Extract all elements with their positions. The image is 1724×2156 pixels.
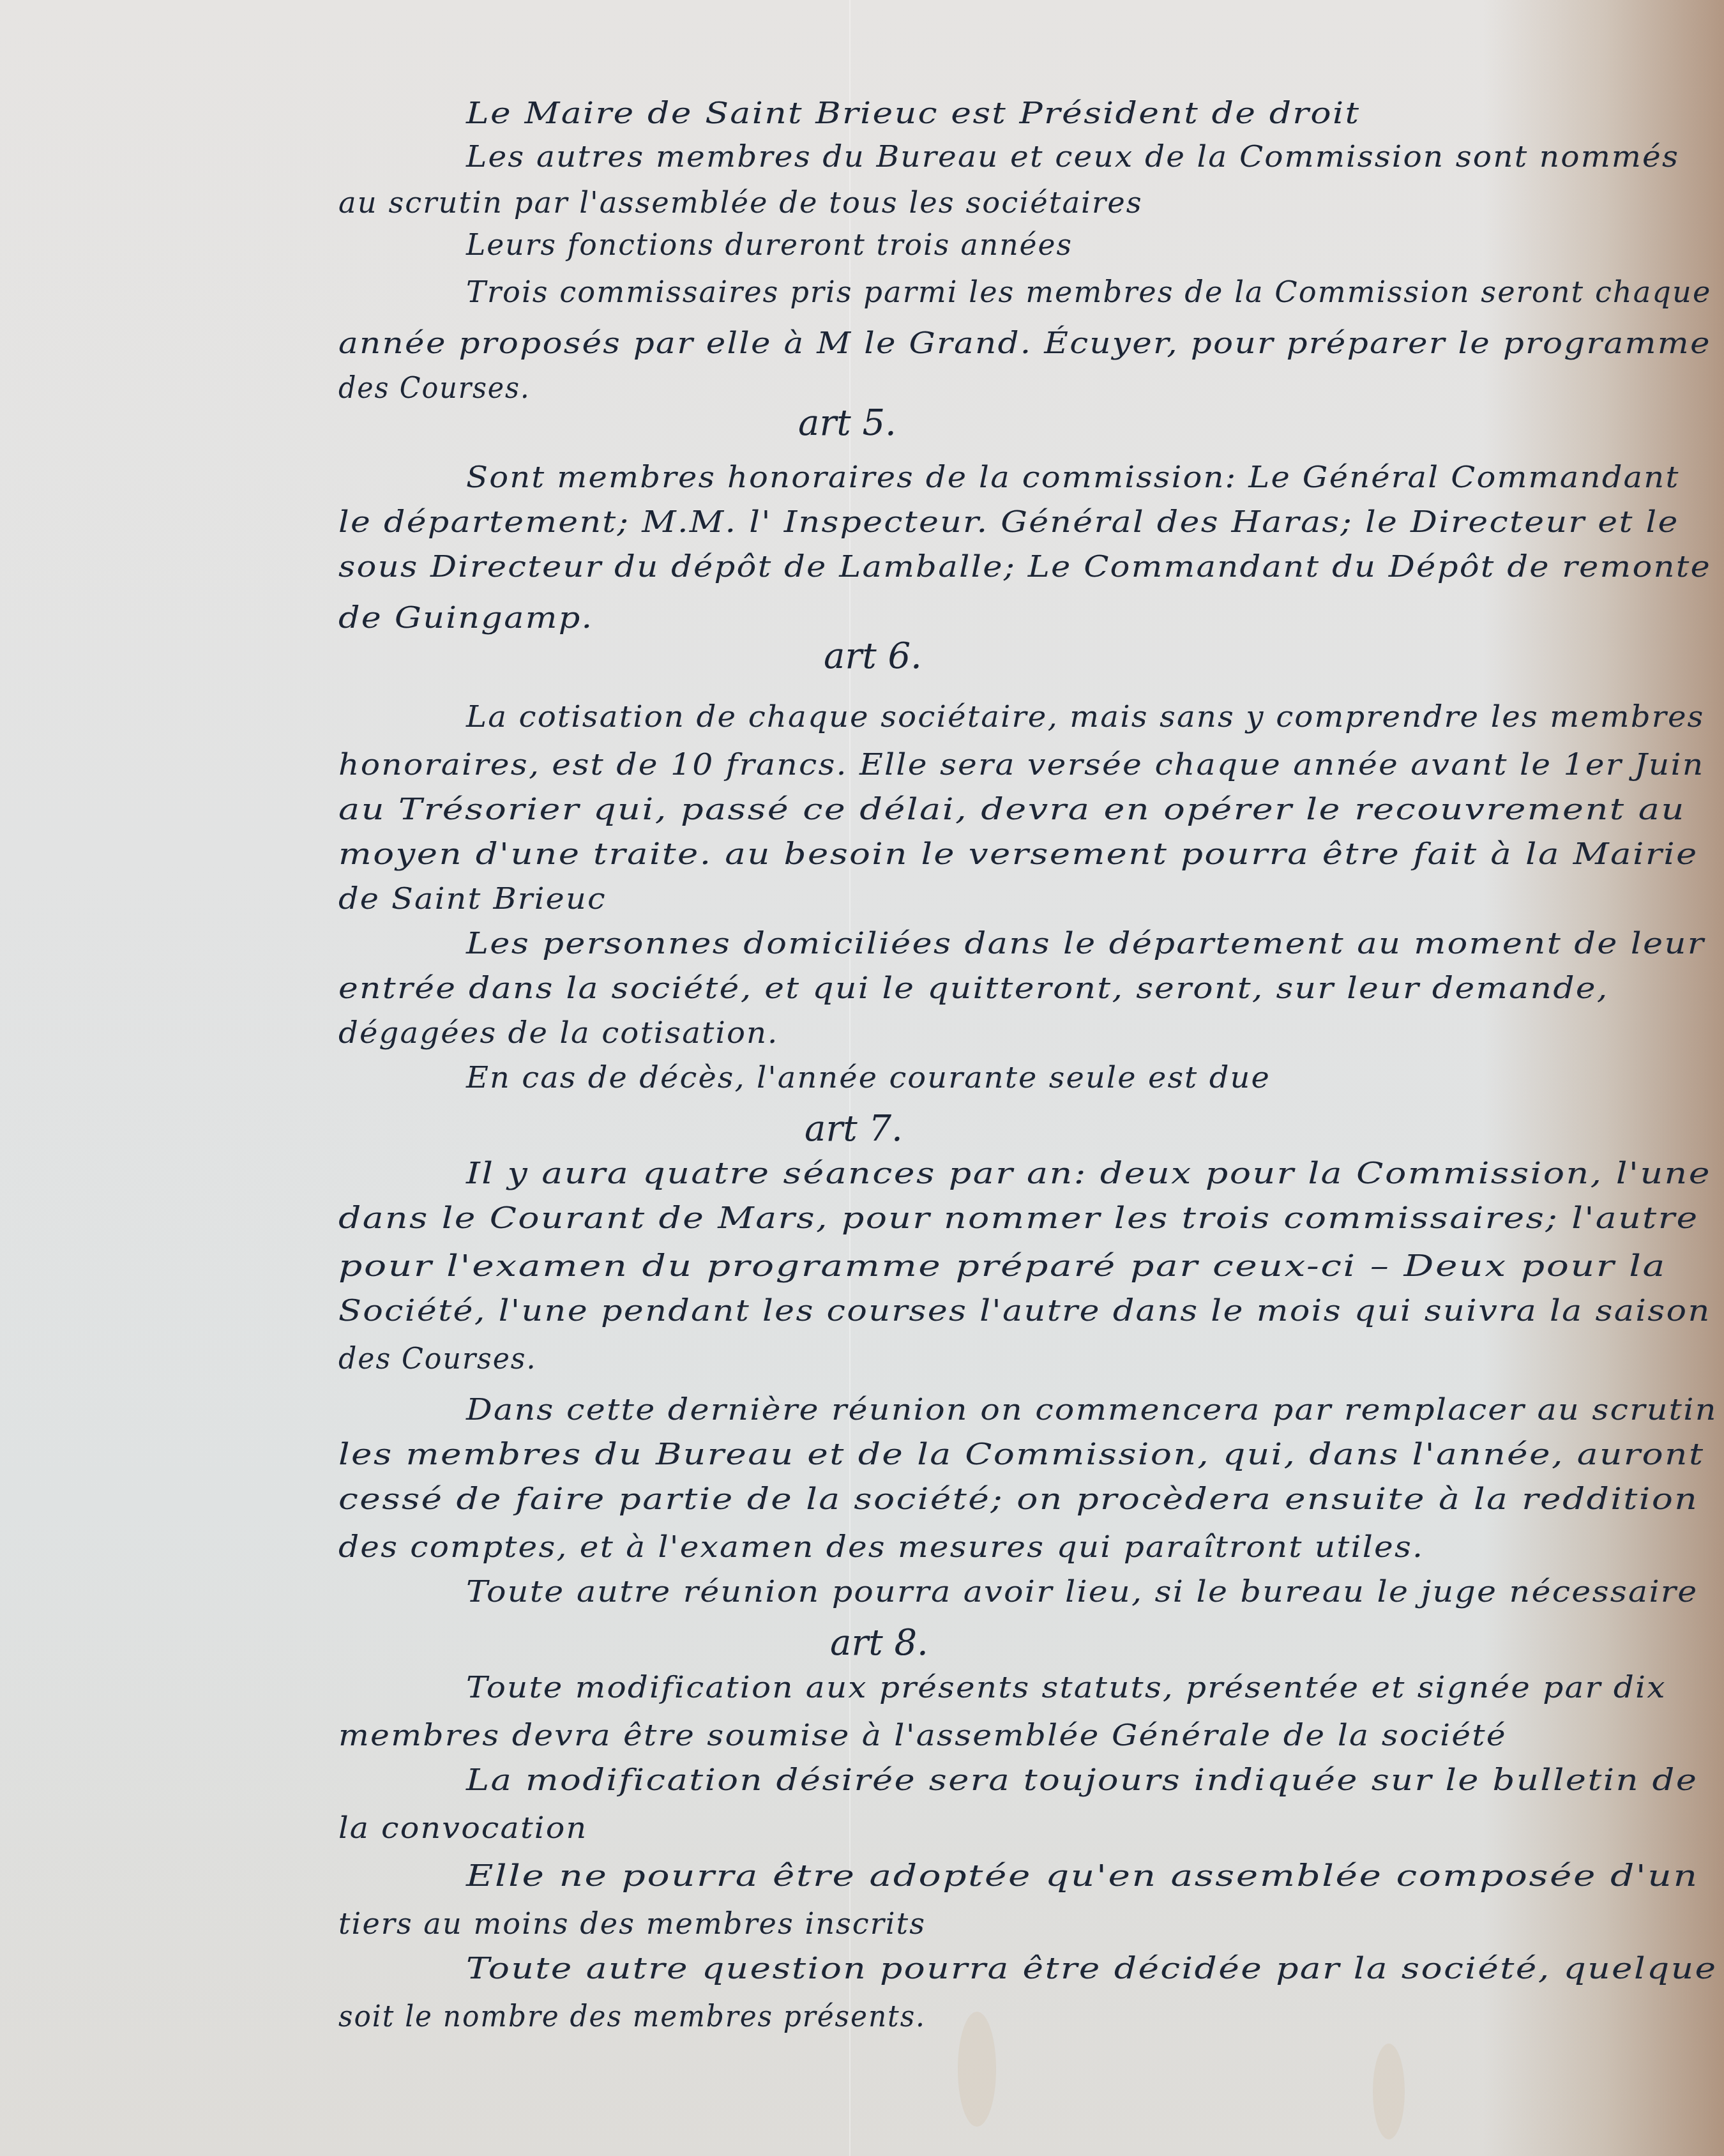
handwritten-line: des Courses. — [338, 1341, 536, 1376]
handwritten-line: Toute autre réunion pourra avoir lieu, s… — [466, 1574, 1698, 1609]
handwritten-line: En cas de décès, l'année courante seule … — [466, 1060, 1271, 1095]
handwritten-line: Toute modification aux présents statuts,… — [466, 1670, 1667, 1704]
article-heading: art 6. — [824, 635, 922, 677]
handwritten-line: Société, l'une pendant les courses l'aut… — [338, 1293, 1711, 1328]
handwritten-line: La modification désirée sera toujours in… — [466, 1763, 1698, 1797]
handwritten-line: entrée dans la société, et qui le quitte… — [338, 971, 1609, 1005]
handwritten-line: année proposés par elle à M le Grand. Éc… — [338, 326, 1711, 360]
handwritten-line: Le Maire de Saint Brieuc est Président d… — [466, 96, 1360, 130]
article-heading: art 7. — [805, 1108, 903, 1150]
handwritten-line: moyen d'une traite. au besoin le verseme… — [338, 837, 1698, 871]
paper-stain — [1373, 2044, 1405, 2139]
handwritten-line: les membres du Bureau et de la Commissio… — [338, 1437, 1704, 1471]
handwritten-line: dans le Courant de Mars, pour nommer les… — [338, 1201, 1699, 1235]
handwritten-line: de Saint Brieuc — [338, 881, 607, 916]
handwritten-line: soit le nombre des membres présents. — [338, 1999, 926, 2033]
handwritten-line: Elle ne pourra être adoptée qu'en assemb… — [466, 1858, 1698, 1893]
article-heading: art 5. — [798, 402, 896, 444]
handwritten-line: Il y aura quatre séances par an: deux po… — [466, 1156, 1711, 1190]
handwritten-line: Les autres membres du Bureau et ceux de … — [466, 139, 1679, 174]
handwritten-line: des comptes, et à l'examen des mesures q… — [338, 1530, 1424, 1564]
handwritten-line: au Trésorier qui, passé ce délai, devra … — [338, 792, 1686, 826]
handwritten-line: pour l'examen du programme préparé par c… — [338, 1249, 1667, 1283]
handwritten-line: au scrutin par l'assemblée de tous les s… — [338, 185, 1143, 220]
handwritten-line: des Courses. — [338, 370, 530, 405]
handwritten-line: dégagées de la cotisation. — [338, 1015, 779, 1050]
handwritten-line: Dans cette dernière réunion on commencer… — [466, 1392, 1718, 1427]
handwritten-line: honoraires, est de 10 francs. Elle sera … — [338, 747, 1705, 782]
handwritten-line: la convocation — [338, 1811, 587, 1845]
manuscript-page: Le Maire de Saint Brieuc est Président d… — [0, 0, 1724, 2156]
handwritten-line: membres devra être soumise à l'assemblée… — [338, 1718, 1507, 1752]
handwritten-line: Sont membres honoraires de la commission… — [466, 460, 1679, 494]
handwritten-line: La cotisation de chaque sociétaire, mais… — [466, 699, 1705, 734]
handwritten-line: Les personnes domiciliées dans le départ… — [466, 926, 1705, 960]
handwritten-line: de Guingamp. — [338, 600, 594, 635]
article-heading: art 8. — [830, 1622, 928, 1664]
handwritten-line: sous Directeur du dépôt de Lamballe; Le … — [338, 549, 1711, 584]
handwritten-line: tiers au moins des membres inscrits — [338, 1906, 926, 1941]
handwritten-line: Toute autre question pourra être décidée… — [466, 1951, 1718, 1985]
handwritten-line: cessé de faire partie de la société; on … — [338, 1482, 1698, 1516]
handwritten-line: le département; M.M. l' Inspecteur. Géné… — [338, 505, 1679, 539]
handwritten-line: Leurs fonctions dureront trois années — [466, 227, 1073, 262]
handwritten-line: Trois commissaires pris parmi les membre… — [466, 275, 1711, 309]
paper-stain — [958, 2012, 996, 2127]
